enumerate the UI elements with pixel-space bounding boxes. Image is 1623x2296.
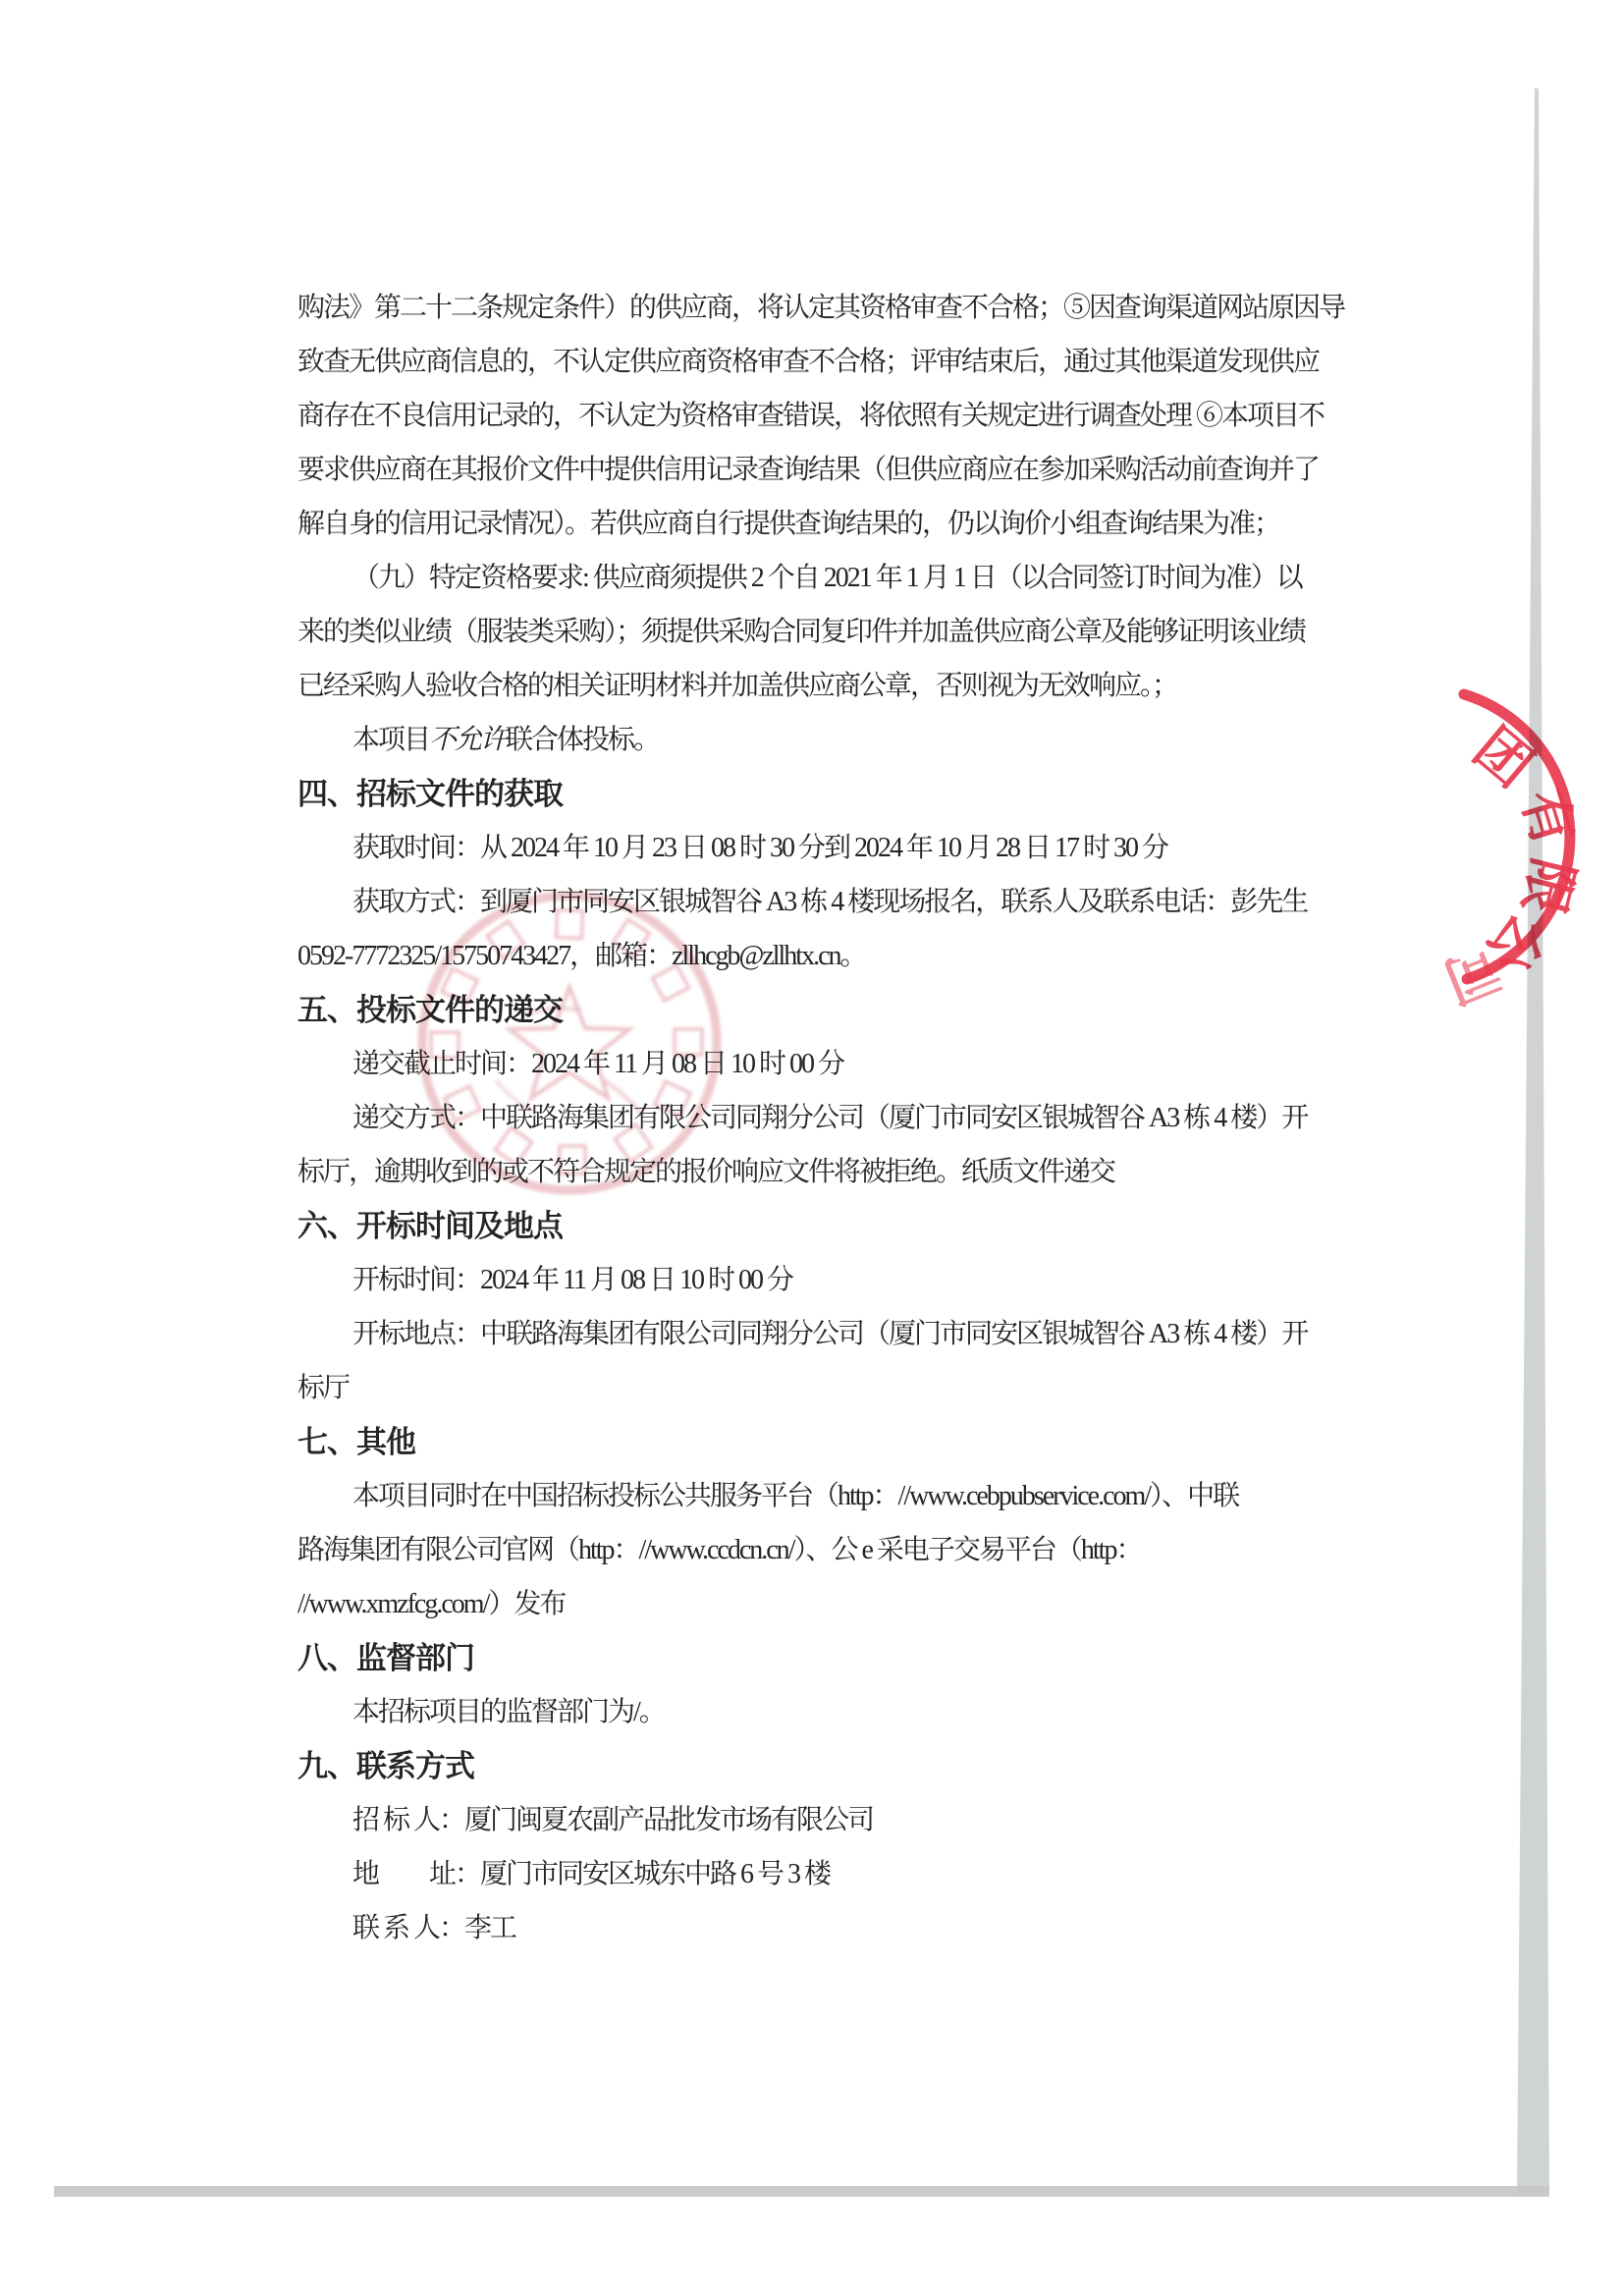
document-line: 联 系 人：李工 <box>298 1901 1363 1955</box>
document-line: 解自身的信用记录情况）。若供应商自行提供查询结果的，仍以询价小组查询结果为准； <box>298 497 1363 551</box>
document-line: 致查无供应商信息的，不认定供应商资格审查不合格；评审结束后，通过其他渠道发现供应 <box>298 335 1363 389</box>
seal-character: 公 <box>1474 902 1556 984</box>
scan-shadow-horizontal <box>54 2186 1549 2197</box>
document-line: 标厅 <box>298 1361 1363 1415</box>
document-line: 来的类似业绩（服装类采购）；须提供采购合同复印件并加盖供应商公章及能够证明该业绩 <box>298 605 1363 659</box>
seal-character: 有 <box>1509 783 1584 853</box>
section-heading: 七、其他 <box>298 1415 1363 1469</box>
document-line: 开标时间：2024 年 11 月 08 日 10 时 00 分 <box>298 1253 1363 1307</box>
document-line: 获取方式：到厦门市同安区银城智谷 A3 栋 4 楼现场报名，联系人及联系电话：彭… <box>298 875 1363 929</box>
document-line: 已经采购人验收合格的相关证明材料并加盖供应商公章，否则视为无效响应。； <box>298 659 1363 713</box>
document-line: 本招标项目的监督部门为/。 <box>298 1685 1363 1739</box>
document-line: 购法》第二十二条规定条件）的供应商，将认定其资格审查不合格；⑤因查询渠道网站原因… <box>298 281 1363 335</box>
seal-character-partial: 司 <box>1434 935 1508 1011</box>
document-line: 开标地点：中联路海集团有限公司同翔分公司（厦门市同安区银城智谷 A3 栋 4 楼… <box>298 1307 1363 1361</box>
document-line: 要求供应商在其报价文件中提供信用记录查询结果（但供应商应在参加采购活动前查询并了 <box>298 443 1363 497</box>
document-text-emphasis: 不允许 <box>429 725 506 755</box>
document-text-span: 联合体投标。 <box>506 725 659 755</box>
section-heading: 五、投标文件的递交 <box>298 983 1363 1037</box>
document-line: 本项目不允许联合体投标。 <box>298 713 1363 767</box>
document-line: 获取时间：从 2024 年 10 月 23 日 08 时 30 分到 2024 … <box>298 821 1363 875</box>
section-heading: 六、开标时间及地点 <box>298 1199 1363 1253</box>
document-line: 路海集团有限公司官网（http：//www.ccdcn.cn/）、公 e 采电子… <box>298 1523 1363 1577</box>
document-line: //www.xmzfcg.com/）发布 <box>298 1577 1363 1631</box>
document-line: 招 标 人：厦门闽夏农副产品批发市场有限公司 <box>298 1793 1363 1847</box>
document-line: 地 址：厦门市同安区城东中路 6 号 3 楼 <box>298 1847 1363 1901</box>
seal-character: 限 <box>1511 852 1584 920</box>
document-line: 标厅，逾期收到的或不符合规定的报价响应文件将被拒绝。纸质文件递交 <box>298 1145 1363 1199</box>
document-line: 本项目同时在中国招标投标公共服务平台（http：//www.cebpubserv… <box>298 1469 1363 1523</box>
document-line: 递交方式：中联路海集团有限公司同翔分公司（厦门市同安区银城智谷 A3 栋 4 楼… <box>298 1091 1363 1145</box>
document-line: （九）特定资格要求: 供应商须提供 2 个自 2021 年 1 月 1 日（以合… <box>298 551 1363 605</box>
document-text-span: 本项目 <box>352 725 429 755</box>
document-text: 购法》第二十二条规定条件）的供应商，将认定其资格审查不合格；⑤因查询渠道网站原因… <box>298 281 1363 1955</box>
seal-character: 团 <box>1462 717 1543 798</box>
section-heading: 九、联系方式 <box>298 1739 1363 1793</box>
section-heading: 八、监督部门 <box>298 1631 1363 1685</box>
scan-shadow-vertical <box>1517 88 1549 2194</box>
scanned-document-page: 购法》第二十二条规定条件）的供应商，将认定其资格审查不合格；⑤因查询渠道网站原因… <box>0 0 1623 2296</box>
section-heading: 四、招标文件的获取 <box>298 767 1363 821</box>
document-line: 0592-7772325/15750743427，邮箱：zllhcgb@zllh… <box>298 929 1363 983</box>
document-line: 递交截止时间：2024 年 11 月 08 日 10 时 00 分 <box>298 1037 1363 1091</box>
seal-arc <box>1464 694 1570 979</box>
document-line: 商存在不良信用记录的，不认定为资格审查错误，将依照有关规定进行调查处理 ⑥本项目… <box>298 389 1363 443</box>
